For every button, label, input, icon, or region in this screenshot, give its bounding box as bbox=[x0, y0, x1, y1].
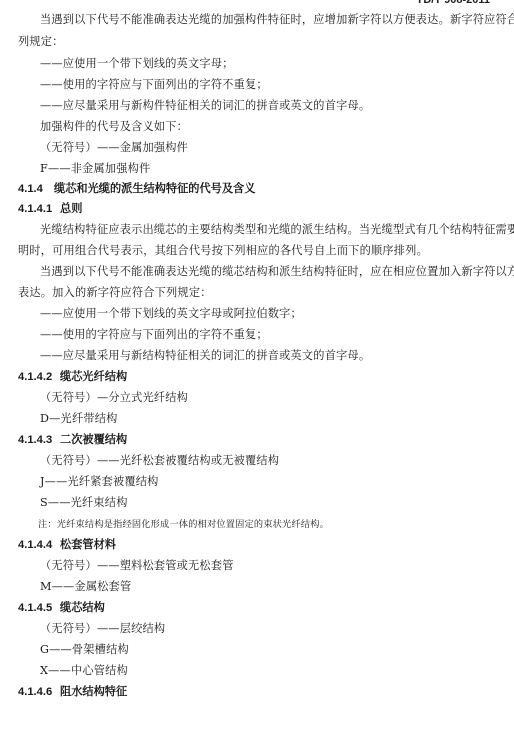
subsection-heading: 4.1.4.5缆芯结构 bbox=[18, 599, 105, 615]
section-number: 4.1.4.5 bbox=[18, 602, 60, 614]
document-page: YD/T 908-2011 当遇到以下代号不能准确表达光缆的加强构件特征时，应增… bbox=[0, 0, 514, 732]
code-item: G——骨架槽结构 bbox=[40, 641, 129, 657]
rule-item: ——应使用一个带下划线的英文字母或阿拉伯数字； bbox=[40, 305, 302, 321]
section-number: 4.1.4.1 bbox=[18, 203, 60, 215]
code-item: （无符号）——金属加强构件 bbox=[40, 139, 188, 155]
section-title: 缆芯光纤结构 bbox=[60, 371, 127, 383]
subsection-heading: 4.1.4.3二次被覆结构 bbox=[18, 431, 127, 447]
general-paragraph-line: 光缆结构特征应表示出缆芯的主要结构类型和光缆的派生结构。当光缆型式有几个结构特征… bbox=[40, 221, 514, 237]
general-paragraph-line: 当遇到以下代号不能准确表达光缆的缆芯结构和派生结构特征时，应在相应位置加入新字符… bbox=[40, 263, 514, 279]
note-text: 注：光纤束结构是指经固化形成一体的相对位置固定的束状光纤结构。 bbox=[38, 516, 329, 530]
code-item: F——非金属加强构件 bbox=[40, 160, 150, 176]
code-item: （无符号）——塑料松套管或无松套管 bbox=[40, 557, 234, 573]
code-item: （无符号）——层绞结构 bbox=[40, 620, 165, 636]
rule-item: ——使用的字符应与下面列出的字符不重复； bbox=[40, 326, 268, 342]
subsection-heading: 4.1.4.4松套管材料 bbox=[18, 536, 116, 552]
code-item: J——光纤紧套被覆结构 bbox=[40, 473, 159, 489]
general-paragraph-line: 表达。加入的新字符应符合下列规定： bbox=[18, 284, 212, 300]
section-heading-4-1-4: 4.1.4缆芯和光缆的派生结构特征的代号及含义 bbox=[18, 180, 255, 196]
section-number: 4.1.4.2 bbox=[18, 371, 60, 383]
subsection-heading: 4.1.4.6阻水结构特征 bbox=[18, 683, 127, 699]
section-title: 缆芯和光缆的派生结构特征的代号及含义 bbox=[54, 183, 255, 195]
section-heading-4-1-4-1: 4.1.4.1总则 bbox=[18, 200, 82, 216]
section-title: 阻水结构特征 bbox=[60, 686, 127, 698]
section-number: 4.1.4.3 bbox=[18, 434, 60, 446]
rule-item: ——应尽量采用与新构件特征相关的词汇的拼音或英文的首字母。 bbox=[40, 97, 370, 113]
code-item: D—光纤带结构 bbox=[40, 410, 118, 426]
general-paragraph-line: 明时，可用组合代号表示，其组合代号按下列相应的各代号自上而下的顺序排列。 bbox=[18, 242, 428, 258]
rule-item: ——应尽量采用与新结构特征相关的词汇的拼音或英文的首字母。 bbox=[40, 347, 370, 363]
code-item: M——金属松套管 bbox=[40, 578, 131, 594]
standard-code-header: YD/T 908-2011 bbox=[416, 0, 490, 6]
code-item: S——光纤束结构 bbox=[40, 494, 128, 510]
code-item: （无符号）——光纤松套被覆结构或无被覆结构 bbox=[40, 452, 279, 468]
code-item: （无符号）—分立式光纤结构 bbox=[40, 389, 188, 405]
code-item: X——中心管结构 bbox=[40, 662, 128, 678]
section-number: 4.1.4 bbox=[18, 183, 54, 195]
strength-intro: 加强构件的代号及含义如下： bbox=[40, 118, 188, 134]
section-title: 二次被覆结构 bbox=[60, 434, 127, 446]
section-number: 4.1.4.4 bbox=[18, 539, 60, 551]
rule-item: ——应使用一个带下划线的英文字母； bbox=[40, 55, 234, 71]
subsection-heading: 4.1.4.2缆芯光纤结构 bbox=[18, 368, 127, 384]
rule-item: ——使用的字符应与下面列出的字符不重复； bbox=[40, 76, 268, 92]
section-title: 总则 bbox=[60, 203, 82, 215]
intro-paragraph-line-2: 列规定： bbox=[18, 33, 64, 49]
section-title: 缆芯结构 bbox=[60, 602, 105, 614]
intro-paragraph-line-1: 当遇到以下代号不能准确表达光缆的加强构件特征时，应增加新字符以方便表达。新字符应… bbox=[40, 11, 514, 27]
section-number: 4.1.4.6 bbox=[18, 686, 60, 698]
section-title: 松套管材料 bbox=[60, 539, 116, 551]
